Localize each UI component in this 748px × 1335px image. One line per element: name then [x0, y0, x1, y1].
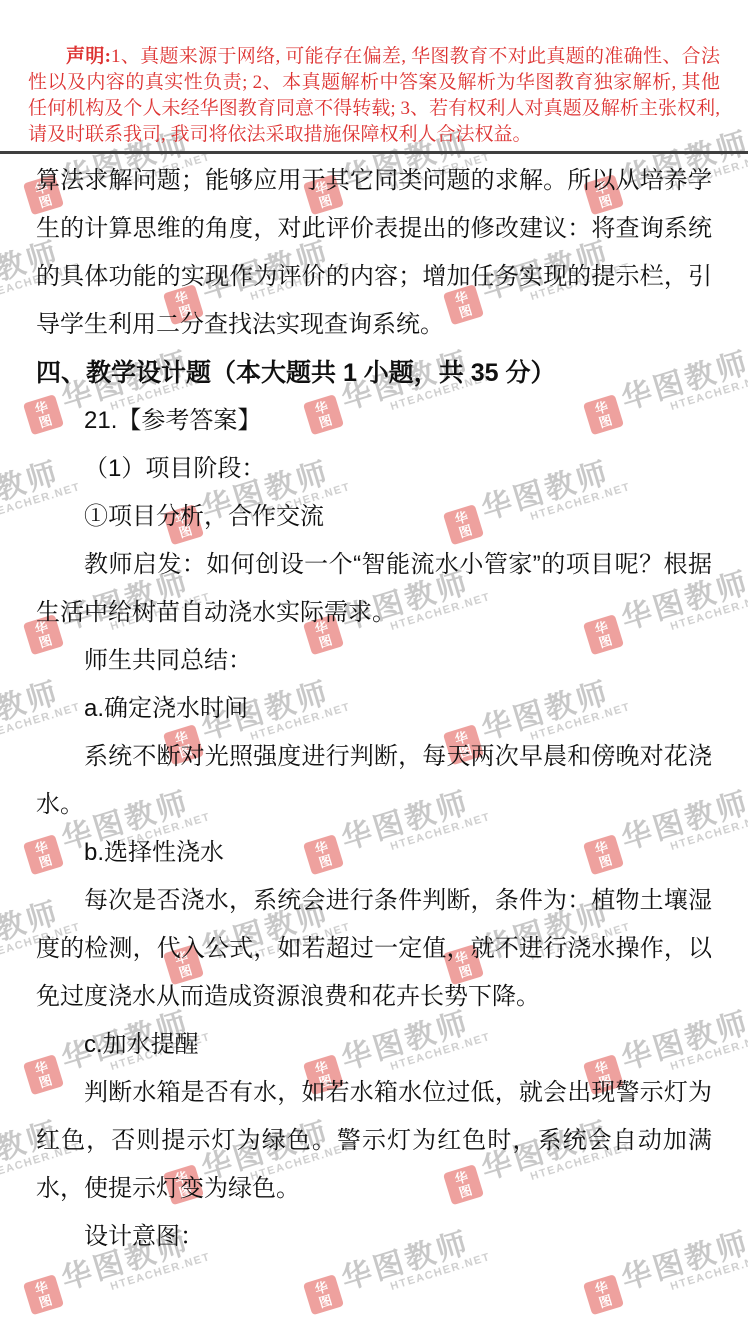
- answer-content: 算法求解问题；能够应用于其它同类问题的求解。所以从培养学生的计算思维的角度，对此…: [0, 154, 748, 1261]
- huatu-logo-icon: 华图: [583, 1274, 624, 1315]
- paragraph-continuation: 算法求解问题；能够应用于其它同类问题的求解。所以从培养学生的计算思维的角度，对此…: [36, 157, 712, 349]
- document-page: 华图华图教师HTEACHER.NET华图华图教师HTEACHER.NET华图华图…: [0, 0, 748, 1335]
- point-c-title: c.加水提醒: [36, 1021, 712, 1069]
- part-1-label: （1）项目阶段：: [36, 445, 712, 493]
- summary-lead: 师生共同总结：: [36, 637, 712, 685]
- teacher-prompt-paragraph: 教师启发：如何创设一个“智能流水小管家”的项目呢？根据生活中给树苗自动浇水实际需…: [36, 541, 712, 637]
- design-intent-label: 设计意图：: [36, 1213, 712, 1261]
- disclaimer-text: 1、真题来源于网络, 可能存在偏差, 华图教育不对此真题的准确性、合法性以及内容…: [28, 46, 720, 145]
- section-heading-q4: 四、教学设计题（本大题共 1 小题，共 35 分）: [36, 349, 712, 397]
- answer-21-label: 21.【参考答案】: [36, 397, 712, 445]
- disclaimer-label: 声明:: [66, 46, 111, 67]
- step-1-title: ①项目分析，合作交流: [36, 493, 712, 541]
- point-b-title: b.选择性浇水: [36, 829, 712, 877]
- disclaimer-notice: 声明:1、真题来源于网络, 可能存在偏差, 华图教育不对此真题的准确性、合法性以…: [28, 0, 720, 148]
- point-c-paragraph: 判断水箱是否有水，如若水箱水位过低，就会出现警示灯为红色，否则提示灯为绿色。警示…: [36, 1069, 712, 1213]
- point-b-paragraph: 每次是否浇水，系统会进行条件判断，条件为：植物土壤湿度的检测，代入公式，如若超过…: [36, 877, 712, 1021]
- point-a-title: a.确定浇水时间: [36, 685, 712, 733]
- huatu-logo-icon: 华图: [23, 1274, 64, 1315]
- point-a-paragraph: 系统不断对光照强度进行判断，每天两次早晨和傍晚对花浇水。: [36, 733, 712, 829]
- huatu-logo-icon: 华图: [303, 1274, 344, 1315]
